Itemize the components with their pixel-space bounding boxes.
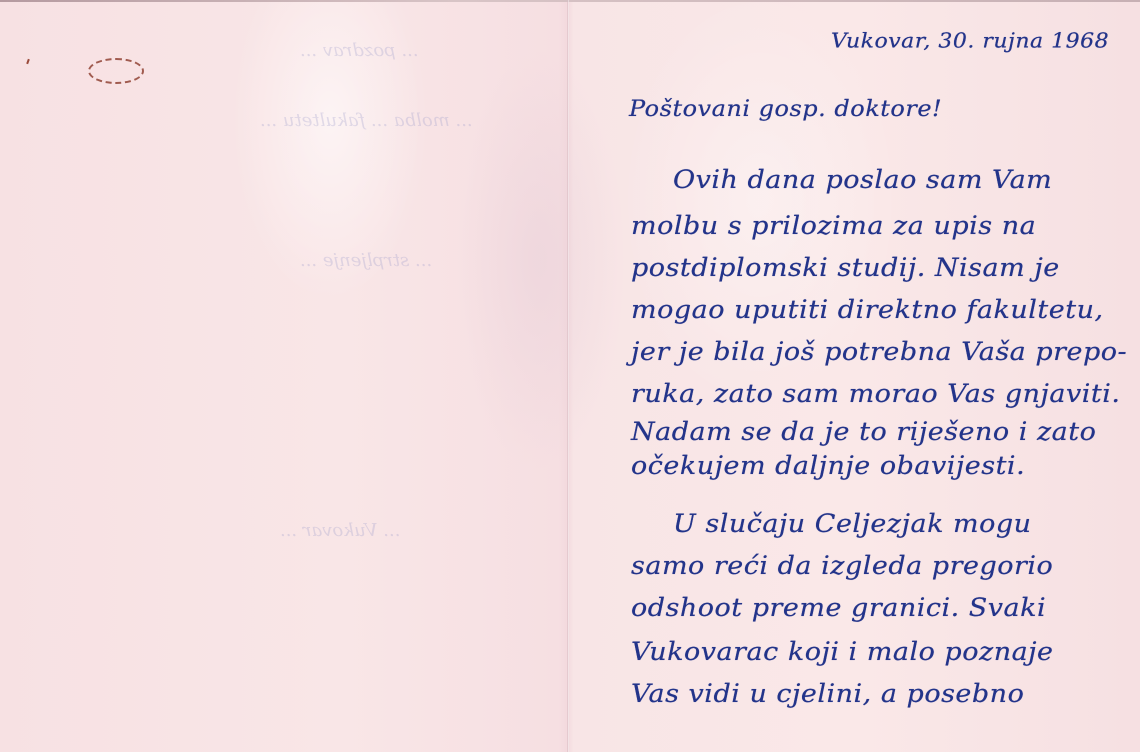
bleed-through-line: ... strpljenje ... <box>300 250 432 271</box>
right-page: Vukovar, 30. rujna 1968 Poštovani gosp. … <box>569 0 1140 752</box>
letter-line: jer je bila još potrebna Vaša prepo- <box>631 338 1127 367</box>
bleed-through-line: ... pozdrav ... <box>300 40 419 61</box>
letter-line: molbu s prilozima za upis na <box>631 212 1036 241</box>
letter-date: Vukovar, 30. rujna 1968 <box>831 30 1109 53</box>
red-pencil-mark <box>88 58 144 84</box>
bleed-through-line: ... molba ... fakultetu ... <box>260 110 473 131</box>
letter-scan: ... pozdrav ... ... molba ... fakultetu … <box>0 0 1140 752</box>
letter-greeting: Poštovani gosp. doktore! <box>629 96 942 122</box>
letter-line: postdiplomski studij. Nisam je <box>631 254 1060 283</box>
bleed-through-line: ... Vukovar ... <box>280 520 400 541</box>
letter-line: Ovih dana poslao sam Vam <box>673 166 1052 195</box>
letter-line: Nadam se da je to riješeno i zato <box>631 418 1096 447</box>
letter-line: samo reći da izgleda pregorio <box>631 552 1053 581</box>
letter-line: Vas vidi u cjelini, a posebno <box>631 680 1024 709</box>
red-ink-speck <box>26 59 30 64</box>
letter-line: odshoot preme granici. Svaki <box>631 594 1046 623</box>
letter-line: U slučaju Celjezjak mogu <box>673 510 1032 539</box>
left-page: ... pozdrav ... ... molba ... fakultetu … <box>0 0 567 752</box>
letter-line: očekujem daljnje obavijesti. <box>631 452 1025 481</box>
letter-line: Vukovarac koji i malo poznaje <box>631 638 1054 667</box>
letter-line: ruka, zato sam morao Vas gnjaviti. <box>631 380 1120 409</box>
letter-line: mogao uputiti direktno fakultetu, <box>631 296 1104 325</box>
